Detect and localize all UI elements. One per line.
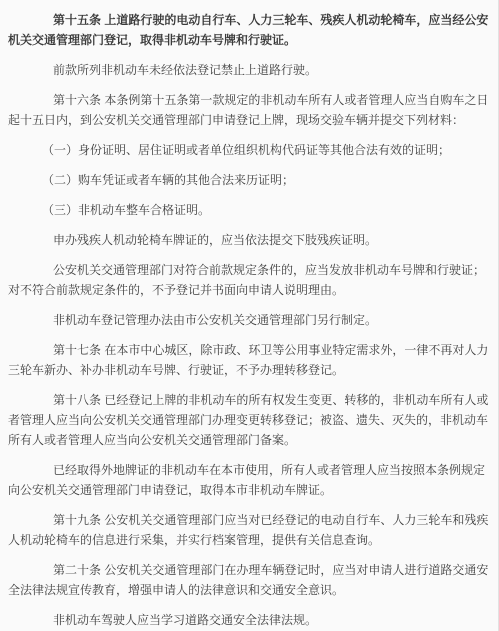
para-article-17: 第十七条 在本市中心城区，除市政、环卫等公用事业特定需求外，一律不再对人力三轮车… — [8, 340, 492, 380]
para-wheelchair-proof: 申办残疾人机动轮椅车牌证的，应当依法提交下肢残疾证明。 — [8, 230, 492, 250]
para-article-20: 第二十条 公安机关交通管理部门在办理车辆登记时，应当对申请人进行道路交通安全法律… — [8, 560, 492, 600]
para-article-18: 第十八条 已经登记上牌的非机动车的所有权发生变更、转移的，非机动车所有人或者管理… — [8, 390, 492, 450]
list-item-1: （一）身份证明、居住证明或者单位组织机构代码证等其他合法有效的证明； — [8, 140, 492, 160]
para-article-16: 第十六条 本条例第十五条第一款规定的非机动车所有人或者管理人应当自购车之日起十五… — [8, 90, 492, 130]
para-license-issuance: 公安机关交通管理部门对符合前款规定条件的，应当发放非机动车号牌和行驶证；对不符合… — [8, 260, 492, 300]
list-item-3: （三）非机动车整车合格证明。 — [8, 200, 492, 220]
para-article-19: 第十九条 公安机关交通管理部门应当对已经登记的电动自行车、人力三轮车和残疾人机动… — [8, 510, 492, 550]
para-driver-study: 非机动车驾驶人应当学习道路交通安全法律法规。 — [8, 610, 492, 630]
document-page: 第十五条 上道路行驶的电动自行车、人力三轮车、残疾人机动轮椅车，应当经公安机关交… — [0, 0, 499, 631]
list-item-2: （二）购车凭证或者车辆的其他合法来历证明； — [8, 170, 492, 190]
para-article-15-clause-2: 前款所列非机动车未经依法登记禁止上道路行驶。 — [8, 60, 492, 80]
para-registration-measures: 非机动车登记管理办法由市公安机关交通管理部门另行制定。 — [8, 310, 492, 330]
para-outoftown-plates: 已经取得外地牌证的非机动车在本市使用，所有人或者管理人应当按照本条例规定向公安机… — [8, 460, 492, 500]
para-article-15: 第十五条 上道路行驶的电动自行车、人力三轮车、残疾人机动轮椅车，应当经公安机关交… — [8, 10, 492, 50]
